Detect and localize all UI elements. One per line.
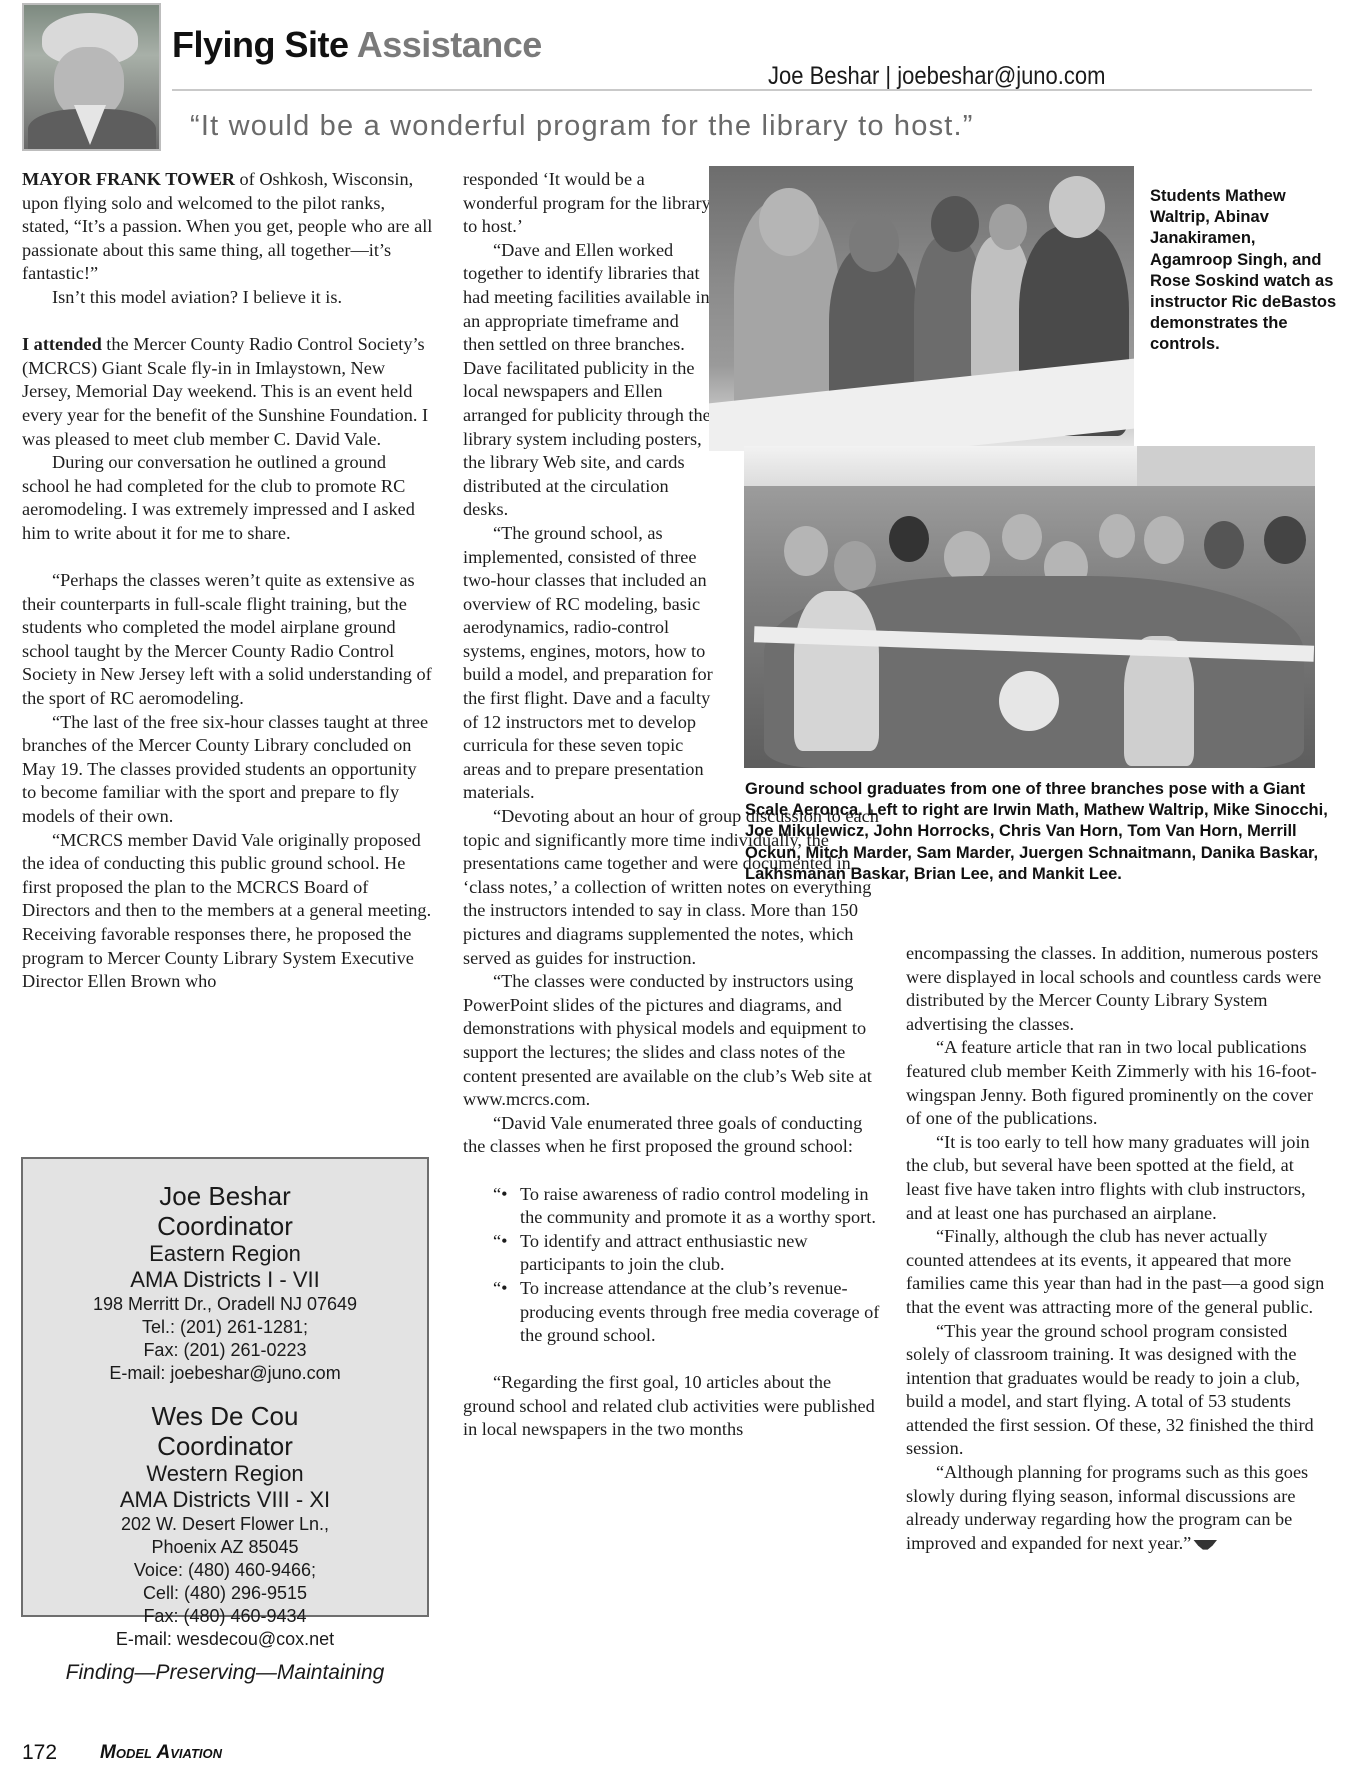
coordinator-east: Joe Beshar Coordinator Eastern Region AM…	[23, 1181, 427, 1385]
coordinator-districts: AMA Districts I - VII	[23, 1267, 427, 1293]
classroom-photo	[709, 166, 1134, 451]
model-cowl	[999, 671, 1059, 731]
coordinator-role: Coordinator	[23, 1211, 427, 1241]
paragraph: “It is too early to tell how many gradua…	[906, 1131, 1326, 1225]
paragraph: encompassing the classes. In addition, n…	[906, 942, 1326, 1036]
coordinator-west: Wes De Cou Coordinator Western Region AM…	[23, 1401, 427, 1651]
paragraph: “Finally, although the club has never ac…	[906, 1225, 1326, 1319]
coordinator-role: Coordinator	[23, 1431, 427, 1461]
column-title: Flying Site Assistance	[172, 27, 542, 63]
phone-line: Voice: (480) 460-9466;	[23, 1559, 427, 1582]
paragraph: responded ‘It would be a wonderful progr…	[463, 168, 713, 239]
photo-caption: Students Mathew Waltrip, Abinav Janakira…	[1150, 186, 1340, 356]
paragraph: “MCRCS member David Vale originally prop…	[22, 829, 434, 994]
paragraph: “The ground school, as implemented, cons…	[463, 522, 713, 805]
coordinator-region: Eastern Region	[23, 1241, 427, 1267]
motto: Finding—Preserving—Maintaining	[23, 1661, 427, 1685]
photo-caption: Ground school graduates from one of thre…	[745, 779, 1330, 885]
paragraph: Isn’t this model aviation? I believe it …	[22, 286, 434, 310]
photo-edge	[1137, 446, 1315, 486]
photo-edge	[744, 446, 1137, 486]
coordinator-contact-box: Joe Beshar Coordinator Eastern Region AM…	[21, 1157, 429, 1617]
cell-line: Cell: (480) 296-9515	[23, 1582, 427, 1605]
paragraph: “Although planning for programs such as …	[906, 1461, 1326, 1555]
ama-end-mark-icon	[1193, 1540, 1217, 1550]
address-line: 202 W. Desert Flower Ln.,	[23, 1513, 427, 1536]
email-line: E-mail: joebeshar@juno.com	[23, 1362, 427, 1385]
paragraph: “Perhaps the classes weren’t quite as ex…	[22, 569, 434, 711]
fax-line: Fax: (201) 261-0223	[23, 1339, 427, 1362]
email-line: E-mail: wesdecou@cox.net	[23, 1628, 427, 1651]
list-item: “•To increase attendance at the club’s r…	[463, 1277, 883, 1348]
paragraph: “A feature article that ran in two local…	[906, 1036, 1326, 1130]
paragraph: “Dave and Ellen worked together to ident…	[463, 239, 713, 522]
magazine-name: Model Aviation	[100, 1742, 222, 1764]
paragraph: “David Vale enumerated three goals of co…	[463, 1112, 883, 1159]
title-light: Assistance	[357, 24, 542, 65]
bullet-icon: “•	[493, 1230, 508, 1254]
bullet-icon: “•	[493, 1183, 508, 1207]
coordinator-region: Western Region	[23, 1461, 427, 1487]
paragraph: “Regarding the first goal, 10 articles a…	[463, 1371, 883, 1442]
list-item: “•To identify and attract enthusiastic n…	[463, 1230, 883, 1277]
phone-line: Tel.: (201) 261-1281;	[23, 1316, 427, 1339]
paragraph: “The classes were conducted by instructo…	[463, 970, 883, 1112]
author-byline: Joe Beshar | joebeshar@juno.com	[768, 64, 1105, 89]
article-column-3: encompassing the classes. In addition, n…	[906, 942, 1326, 1555]
page-number: 172	[22, 1741, 57, 1765]
lead-in: MAYOR FRANK TOWER	[22, 169, 235, 189]
coordinator-districts: AMA Districts VIII - XI	[23, 1487, 427, 1513]
goals-list: “•To raise awareness of radio control mo…	[463, 1183, 883, 1348]
lead-in: I attended	[22, 334, 102, 354]
graduates-group-photo	[744, 486, 1315, 768]
paragraph: MAYOR FRANK TOWER of Oshkosh, Wisconsin,…	[22, 168, 434, 286]
fax-line: Fax: (480) 460-9434	[23, 1605, 427, 1628]
paragraph: During our conversation he outlined a gr…	[22, 451, 434, 545]
paragraph: “This year the ground school program con…	[906, 1320, 1326, 1462]
header-divider	[172, 89, 1312, 91]
article-column-1: MAYOR FRANK TOWER of Oshkosh, Wisconsin,…	[22, 168, 434, 994]
title-bold: Flying Site	[172, 24, 349, 65]
author-headshot-photo	[22, 3, 161, 151]
address-line: 198 Merritt Dr., Oradell NJ 07649	[23, 1293, 427, 1316]
bullet-icon: “•	[493, 1277, 508, 1301]
coordinator-name: Joe Beshar	[23, 1181, 427, 1211]
paragraph: “The last of the free six-hour classes t…	[22, 711, 434, 829]
list-item: “•To raise awareness of radio control mo…	[463, 1183, 883, 1230]
coordinator-name: Wes De Cou	[23, 1401, 427, 1431]
address-line: Phoenix AZ 85045	[23, 1536, 427, 1559]
pull-quote: “It would be a wonderful program for the…	[190, 112, 974, 141]
paragraph: I attended the Mercer County Radio Contr…	[22, 333, 434, 451]
